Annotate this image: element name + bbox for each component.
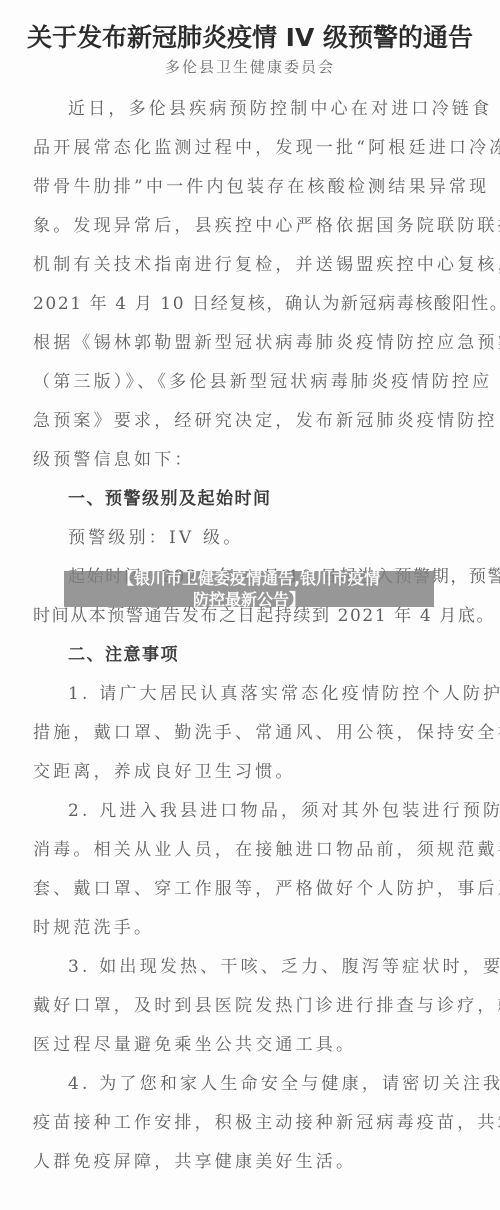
notice-item-2-cont: 消毒。相关从业人员，在接触进口物品前，须规范戴手 [33,839,473,861]
overlay-caption-banner: 【银川市卫健委疫情通告,银川市疫情 防控最新公告】 [64,571,434,607]
body-line: 急预案》要求，经研究决定，发布新冠肺炎疫情防控 IV [33,410,473,432]
body-line: 2021 年 4 月 10 日经复核，确认为新冠病毒核酸阳性。 [33,293,473,315]
body-line: 近日，多伦县疾病预防控制中心在对进口冷链食 [68,98,500,120]
notice-item-3: 3. 如出现发热、干咳、乏力、腹泻等症状时，要佩 [68,956,500,978]
banner-line-2: 防控最新公告】 [74,589,424,610]
notice-item-3-cont: 戴好口罩，及时到县医院发热门诊进行排查与诊疗，就 [33,995,473,1017]
body-line: 品开展常态化监测过程中，发现一批“阿根廷进口冷冻 [33,137,473,159]
section-heading-2: 二、注意事项 [68,644,500,666]
body-line: 级预警信息如下： [33,449,473,471]
banner-line-1: 【银川市卫健委疫情通告,银川市疫情 [74,568,424,589]
body-line: 带骨牛肋排”中一件内包装存在核酸检测结果异常现 [33,176,473,198]
notice-item-2: 2. 凡进入我县进口物品，须对其外包装进行预防性 [68,800,500,822]
notice-item-3-cont: 医过程尽量避免乘坐公共交通工具。 [33,1034,473,1056]
notice-item-1: 1. 请广大居民认真落实常态化疫情防控个人防护 [68,683,500,705]
notice-item-1-cont: 交距离，养成良好卫生习惯。 [33,761,473,783]
notice-item-1-cont: 措施，戴口罩、勤洗手、常通风、用公筷，保持安全社 [33,722,473,744]
document-title: 关于发布新冠肺炎疫情 IV 级预警的通告 [0,18,500,54]
body-line: 根据《锡林郭勒盟新型冠状病毒肺炎疫情防控应急预案 [33,332,473,354]
notice-item-4-cont: 人群免疫屏障，共享健康美好生活。 [33,1151,473,1173]
notice-item-4-cont: 疫苗接种工作安排，积极主动接种新冠病毒疫苗，共筑 [33,1112,473,1134]
body-line: 象。发现异常后，县疾控中心严格依据国务院联防联控 [33,215,473,237]
warning-level-line: 预警级别：IV 级。 [68,527,500,549]
notice-item-4: 4. 为了您和家人生命安全与健康，请密切关注我县 [68,1073,500,1095]
document-issuer: 多伦县卫生健康委员会 [0,56,500,77]
notice-item-2-cont: 套、戴口罩、穿工作服等，严格做好个人防护，事后及 [33,878,473,900]
body-line: （第三版）》、《多伦县新型冠状病毒肺炎疫情防控应 [33,371,473,393]
body-line: 机制有关技术指南进行复检，并送锡盟疾控中心复核， [33,254,473,276]
notice-item-2-cont: 时规范洗手。 [33,917,473,939]
section-heading-1: 一、预警级别及起始时间 [68,488,500,510]
